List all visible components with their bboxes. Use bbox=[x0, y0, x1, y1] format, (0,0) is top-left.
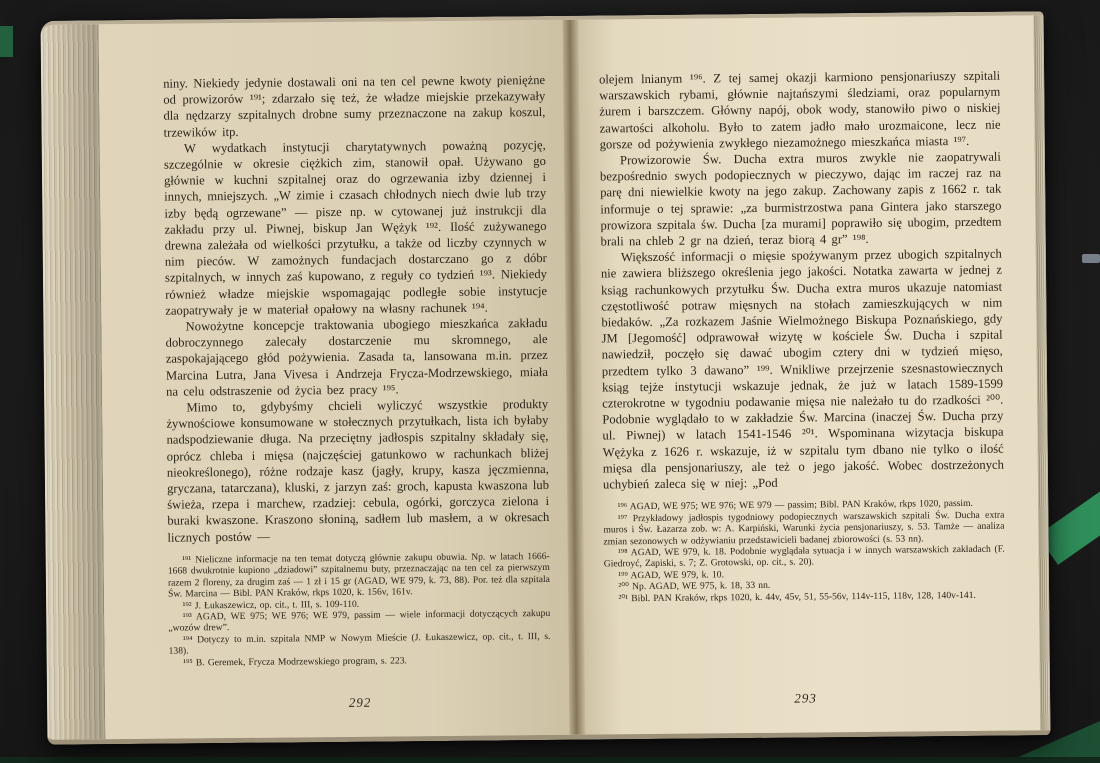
open-book: niny. Niekiedy jedynie dostawali oni na … bbox=[41, 11, 1051, 745]
right-page: olejem lnianym ¹⁹⁶. Z tej samej okazji k… bbox=[579, 15, 1041, 734]
left-page-number: 292 bbox=[169, 683, 551, 713]
grey-tab-right-edge bbox=[1082, 254, 1100, 263]
paragraph: W wydatkach instytucji charytatywnych po… bbox=[164, 137, 548, 319]
green-accent-left-edge bbox=[0, 26, 13, 57]
right-page-body: olejem lnianym ¹⁹⁶. Z tej samej okazji k… bbox=[599, 68, 1004, 493]
footnote: ¹⁹⁵ B. Geremek, Frycza Modrzewskiego pro… bbox=[169, 654, 551, 669]
right-page-number: 293 bbox=[605, 679, 1006, 709]
paragraph: Prowizorowie Św. Ducha extra muros zwykl… bbox=[600, 149, 1002, 250]
left-page-edges bbox=[41, 24, 106, 740]
paragraph: niny. Niekiedy jedynie dostawali oni na … bbox=[163, 72, 546, 140]
left-page: niny. Niekiedy jedynie dostawali oni na … bbox=[99, 20, 570, 739]
right-page-footnotes: ¹⁹⁶ AGAD, WE 975; WE 976; WE 979 — passi… bbox=[603, 498, 1005, 605]
paragraph: Mimo to, gdybyśmy chcieli wyliczyć wszys… bbox=[166, 396, 549, 545]
photo-background: niny. Niekiedy jedynie dostawali oni na … bbox=[0, 0, 1100, 763]
paragraph: Nowożytne koncepcje traktowania ubogiego… bbox=[165, 315, 548, 400]
left-page-body: niny. Niekiedy jedynie dostawali oni na … bbox=[163, 72, 549, 546]
paragraph: Większość informacji o mięsie spożywanym… bbox=[601, 246, 1004, 493]
left-page-footnotes: ¹⁹¹ Nieliczne informacje na ten temat do… bbox=[168, 551, 551, 669]
paragraph: olejem lnianym ¹⁹⁶. Z tej samej okazji k… bbox=[599, 68, 1001, 153]
footnote: ¹⁹¹ Nieliczne informacje na ten temat do… bbox=[168, 551, 550, 600]
dark-green-bottom-strip bbox=[0, 757, 1100, 763]
footnote: ¹⁹⁷ Przykładowy jadłospis tygodniowy pod… bbox=[603, 509, 1004, 547]
